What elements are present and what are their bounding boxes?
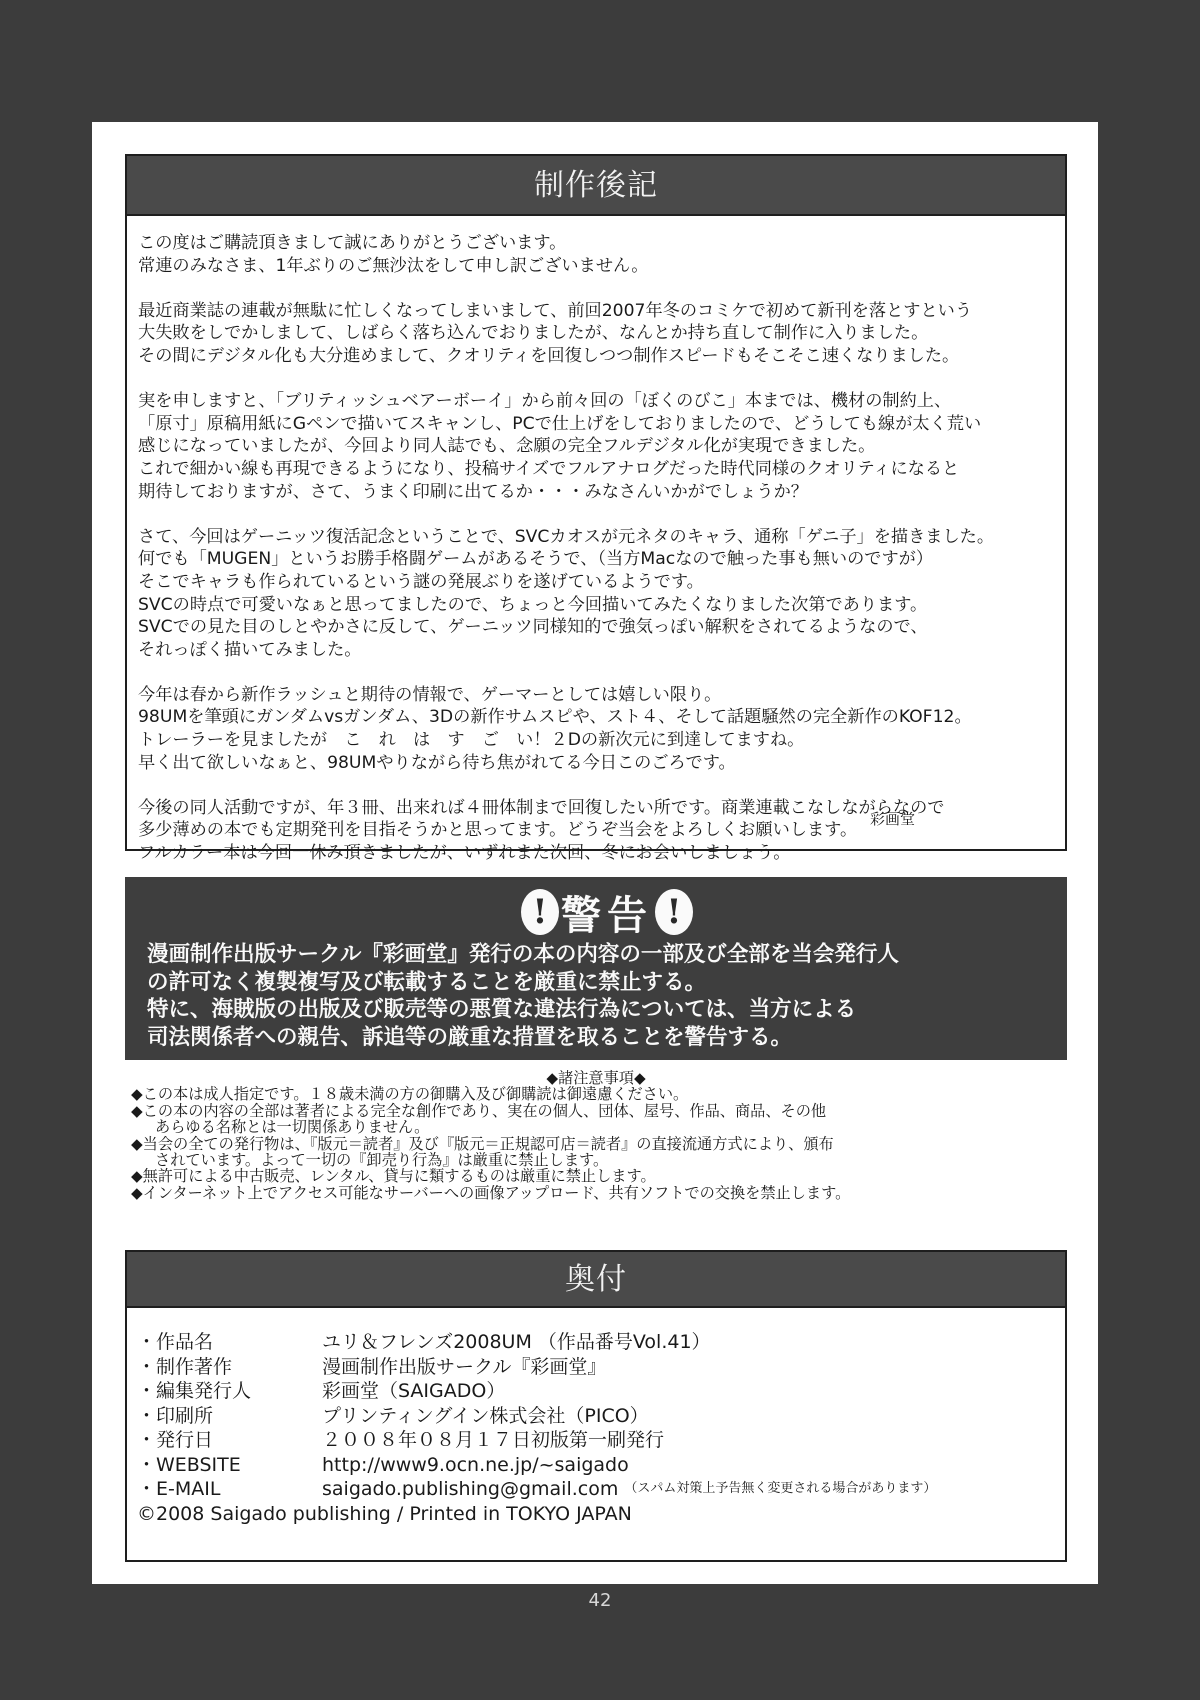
notes-section: ◆諸注意事項◆ ◆この本は成人指定です。１８歳未満の方の御購入及び御購読は御遠慮… (125, 1070, 1067, 1201)
email-link[interactable]: saigado.publishing@gmail.com (322, 1477, 618, 1502)
colophon-row: ・作品名 ユリ＆フレンズ2008UM （作品番号Vol.41） (137, 1330, 1065, 1355)
warning-line: の許可なく複製複写及び転載することを厳重に禁止する。 (147, 969, 1067, 997)
paragraph: 今年は春から新作ラッシュと期待の情報で、ゲーマーとしては嬉しい限り。 98UMを… (138, 684, 1055, 774)
colophon-label: ・発行日 (137, 1428, 322, 1453)
text-line: 今後の同人活動ですが、年３冊、出来れば４冊体制まで回復したい所です。商業連載こな… (138, 797, 1055, 820)
text-line: トレーラーを見ましたが こ れ は す ご い！２Dの新次元に到達してますね。 (138, 729, 1055, 752)
colophon-label: ・印刷所 (137, 1404, 322, 1429)
note-item: ◆無許可による中古販売、レンタル、貸与に類するものは厳重に禁止します。 (125, 1168, 1067, 1184)
colophon-label: ・制作著作 (137, 1355, 322, 1380)
email-note: （スパム対策上予告無く変更される場合があります） (624, 1477, 936, 1502)
colophon-value: ユリ＆フレンズ2008UM （作品番号Vol.41） (322, 1330, 711, 1355)
text-line: SVCの時点で可愛いなぁと思ってましたので、ちょっと今回描いてみたくなりました次… (138, 594, 1055, 617)
afterword-box: 制作後記 この度はご購読頂きまして誠にありがとうございます。 常連のみなさま、1… (125, 154, 1067, 851)
text-line: 何でも「MUGEN」というお勝手格闘ゲームがあるそうで、（当方Macなので触った… (138, 548, 1055, 571)
note-item: ◆この本は成人指定です。１８歳未満の方の御購入及び御購読は御遠慮ください。 (125, 1086, 1067, 1102)
warning-box: ! 警告 ! 漫画制作出版サークル『彩画堂』発行の本の内容の一部及び全部を当会発… (125, 877, 1067, 1060)
colophon-value: ２００８年０８月１７日初版第一刷発行 (322, 1428, 664, 1453)
note-item: ◆この本の内容の全部は著者による完全な創作であり、実在の個人、団体、屋号、作品、… (125, 1103, 1067, 1119)
text-line: 実を申しますと、「ブリティッシュベアーボーイ」から前々回の「ぼくのびこ」本までは… (138, 390, 1055, 413)
paragraph: 実を申しますと、「ブリティッシュベアーボーイ」から前々回の「ぼくのびこ」本までは… (138, 390, 1055, 503)
colophon-row: ・編集発行人 彩画堂（SAIGADO） (137, 1379, 1065, 1404)
note-item: ◆インターネット上でアクセス可能なサーバーへの画像アップロード、共有ソフトでの交… (125, 1185, 1067, 1201)
paragraph: この度はご購読頂きまして誠にありがとうございます。 常連のみなさま、1年ぶりのご… (138, 232, 1055, 277)
warning-line: 特に、海賊版の出版及び販売等の悪質な違法行為については、当方による (147, 996, 1067, 1024)
colophon-body: ・作品名 ユリ＆フレンズ2008UM （作品番号Vol.41） ・制作著作 漫画… (127, 1308, 1065, 1526)
exclamation-icon: ! (521, 889, 559, 935)
colophon-row: ・制作著作 漫画制作出版サークル『彩画堂』 (137, 1355, 1065, 1380)
paragraph: 最近商業誌の連載が無駄に忙しくなってしまいまして、前回2007年冬のコミケで初め… (138, 300, 1055, 368)
colophon-row: ・発行日 ２００８年０８月１７日初版第一刷発行 (137, 1428, 1065, 1453)
colophon-box: 奥付 ・作品名 ユリ＆フレンズ2008UM （作品番号Vol.41） ・制作著作… (125, 1250, 1067, 1562)
colophon-value: 漫画制作出版サークル『彩画堂』 (322, 1355, 606, 1380)
warning-title: 警告 (561, 884, 653, 941)
colophon-value: 彩画堂（SAIGADO） (322, 1379, 505, 1404)
text-line: 大失敗をしでかしまして、しばらく落ち込んでおりましたが、なんとか持ち直して制作に… (138, 322, 1055, 345)
warning-title-row: ! 警告 ! (147, 877, 1067, 941)
text-line: 最近商業誌の連載が無駄に忙しくなってしまいまして、前回2007年冬のコミケで初め… (138, 300, 1055, 323)
notes-title: ◆諸注意事項◆ (125, 1070, 1067, 1086)
note-item: ◆当会の全ての発行物は、『版元＝読者』及び『版元＝正規認可店＝読者』の直接流通方… (125, 1136, 1067, 1152)
colophon-row: ・印刷所 プリンティングイン株式会社（PICO） (137, 1404, 1065, 1429)
text-line: 早く出て欲しいなぁと、98UMやりながら待ち焦がれてる今日このごろです。 (138, 752, 1055, 775)
colophon-label: ・編集発行人 (137, 1379, 322, 1404)
text-line: 今年は春から新作ラッシュと期待の情報で、ゲーマーとしては嬉しい限り。 (138, 684, 1055, 707)
colophon-label: ・WEBSITE (137, 1453, 322, 1478)
colophon-label: ・作品名 (137, 1330, 322, 1355)
text-line: 感じになっていましたが、今回より同人誌でも、念願の完全フルデジタル化が実現できま… (138, 435, 1055, 458)
note-continuation: あらゆる名称とは一切関係ありません。 (125, 1119, 1067, 1135)
exclamation-icon: ! (655, 889, 693, 935)
paragraph: 今後の同人活動ですが、年３冊、出来れば４冊体制まで回復したい所です。商業連載こな… (138, 797, 1055, 865)
text-line: フルカラー本は今回一休み頂きましたが、いずれまた次回、冬にお会いしましょう。 (138, 842, 1055, 865)
warning-line: 司法関係者への親告、訴追等の厳重な措置を取ることを警告する。 (147, 1024, 1067, 1052)
website-link[interactable]: http://www9.ocn.ne.jp/~saigado (322, 1453, 629, 1478)
colophon-title: 奥付 (127, 1252, 1065, 1308)
text-line: 98UMを筆頭にガンダムvsガンダム、3Dの新作サムスピや、スト４、そして話題騒… (138, 706, 1055, 729)
text-line: それっぽく描いてみました。 (138, 639, 1055, 662)
text-line: これで細かい線も再現できるようになり、投稿サイズでフルアナログだった時代同様のク… (138, 458, 1055, 481)
text-line: そこでキャラも作られているという謎の発展ぶりを遂げているようです。 (138, 571, 1055, 594)
text-line: この度はご購読頂きまして誠にありがとうございます。 (138, 232, 1055, 255)
colophon-row: ・E-MAIL saigado.publishing@gmail.com （スパ… (137, 1477, 1065, 1502)
paragraph: さて、今回はゲーニッツ復活記念ということで、SVCカオスが元ネタのキャラ、通称「… (138, 526, 1055, 662)
warning-line: 漫画制作出版サークル『彩画堂』発行の本の内容の一部及び全部を当会発行人 (147, 941, 1067, 969)
page-number: 42 (0, 1590, 1200, 1611)
text-line: 多少薄めの本でも定期発刊を目指そうかと思ってます。どうぞ当会をよろしくお願いしま… (138, 819, 1055, 842)
copyright: ©2008 Saigado publishing / Printed in TO… (137, 1502, 1065, 1527)
text-line: 期待しておりますが、さて、うまく印刷に出てるか・・・みなさんいかがでしょうか？ (138, 481, 1055, 504)
text-line: 常連のみなさま、1年ぶりのご無沙汰をして申し訳ございません。 (138, 255, 1055, 278)
note-continuation: されています。よって一切の『卸売り行為』は厳重に禁止します。 (125, 1152, 1067, 1168)
text-line: その間にデジタル化も大分進めまして、クオリティを回復しつつ制作スピードもそこそこ… (138, 345, 1055, 368)
afterword-body: この度はご購読頂きまして誠にありがとうございます。 常連のみなさま、1年ぶりのご… (127, 216, 1065, 865)
text-line: SVCでの見た目のしとやかさに反して、ゲーニッツ同様知的で強気っぽい解釈をされて… (138, 616, 1055, 639)
text-line: 「原寸」原稿用紙にGペンで描いてスキャンし、PCで仕上げをしておりましたので、ど… (138, 413, 1055, 436)
afterword-title: 制作後記 (127, 156, 1065, 216)
text-line: さて、今回はゲーニッツ復活記念ということで、SVCカオスが元ネタのキャラ、通称「… (138, 526, 1055, 549)
colophon-value: プリンティングイン株式会社（PICO） (322, 1404, 649, 1429)
colophon-label: ・E-MAIL (137, 1477, 322, 1502)
colophon-row: ・WEBSITE http://www9.ocn.ne.jp/~saigado (137, 1453, 1065, 1478)
signature: 彩画堂 (870, 808, 915, 829)
document-page: 制作後記 この度はご購読頂きまして誠にありがとうございます。 常連のみなさま、1… (92, 122, 1098, 1584)
